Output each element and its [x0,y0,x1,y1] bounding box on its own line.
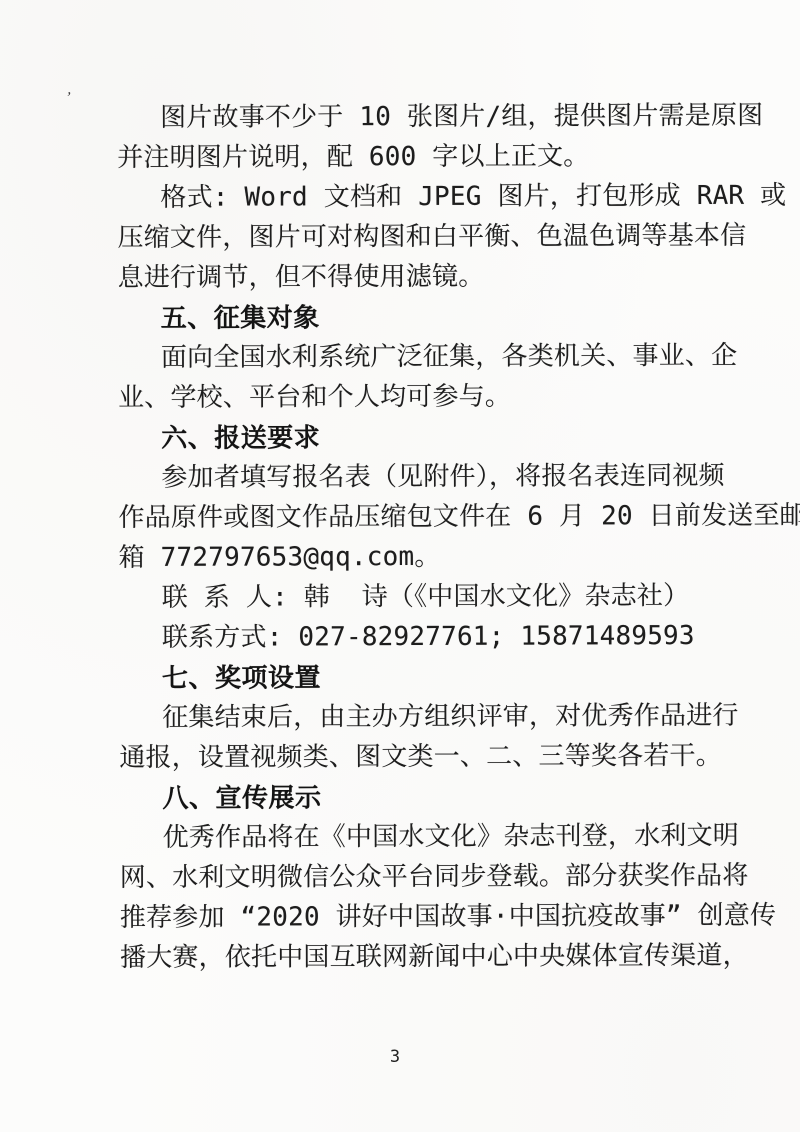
body-line: 联 系 人: 韩 诗（《中国水文化》杂志社） [119,576,739,618]
body-line: 作品原件或图文作品压缩包文件在 6 月 20 日前发送至邮 [118,496,738,538]
body-line: 格式: Word 文档和 JPEG 图片，打包形成 RAR 或 ZIP [117,176,737,218]
page-number: 3 [0,1044,790,1070]
document-body: 图片故事不少于 10 张图片/组，提供图片需是原图并注明图片说明，配 600 字… [117,96,740,978]
body-line: 征集结束后，由主办方组织评审，对优秀作品进行 [119,696,739,738]
section-heading: 八、宣传展示 [119,776,739,818]
body-line: 联系方式: 027-82927761; 15871489593 [119,616,739,658]
body-line: 播大赛，依托中国互联网新闻中心中央媒体宣传渠道， [120,936,740,978]
body-line: 参加者填写报名表（见附件），将报名表连同视频 [118,456,738,498]
body-line: 通报，设置视频类、图文类一、二、三等奖各若干。 [119,736,739,778]
body-line: 图片故事不少于 10 张图片/组，提供图片需是原图 [117,96,737,138]
body-line: 并注明图片说明，配 600 字以上正文。 [117,136,737,178]
section-heading: 六、报送要求 [118,416,738,458]
body-line: 业、学校、平台和个人均可参与。 [118,376,738,418]
body-line: 优秀作品将在《中国水文化》杂志刊登，水利文明 [120,816,740,858]
body-line: 压缩文件，图片可对构图和白平衡、色温色调等基本信 [117,216,737,258]
body-line: 息进行调节，但不得使用滤镜。 [118,256,738,298]
section-heading: 五、征集对象 [118,296,738,338]
scanned-document-page: ’ 图片故事不少于 10 张图片/组，提供图片需是原图并注明图片说明，配 600… [0,0,800,1132]
section-heading: 七、奖项设置 [119,656,739,698]
body-line: 网、水利文明微信公众平台同步登载。部分获奖作品将 [120,856,740,898]
body-line: 推荐参加 “2020 讲好中国故事·中国抗疫故事” 创意传 [120,896,740,938]
body-line: 箱 772797653@qq.com。 [119,536,739,578]
scan-artifact-mark: ’ [65,90,72,108]
body-line: 面向全国水利系统广泛征集，各类机关、事业、企 [118,336,738,378]
